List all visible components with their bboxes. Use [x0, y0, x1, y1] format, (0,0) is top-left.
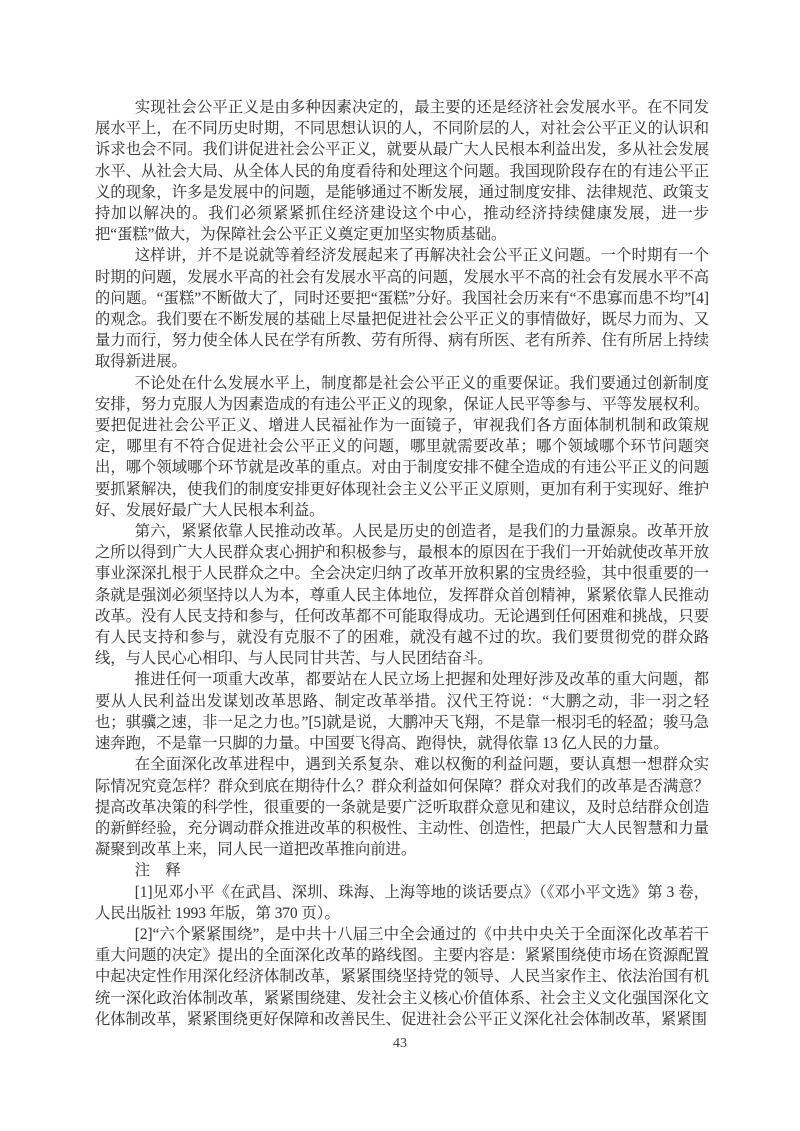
paragraph: 这样讲，并不是说就等着经济发展起来了再解决社会公平正义问题。一个时期有一个时期的… [95, 245, 709, 372]
document-page: 实现社会公平正义是由多种因素决定的，最主要的还是经济社会发展水平。在不同发展水平… [0, 0, 800, 1131]
note-item: [2]“六个紧紧围绕”，是中共十八届三中全会通过的《中共中央关于全面深化改革若干… [95, 924, 709, 1030]
paragraph: 不论处在什么发展水平上，制度都是社会公平正义的重要保证。我们要通过创新制度安排，… [95, 373, 709, 521]
paragraph: 实现社会公平正义是由多种因素决定的，最主要的还是经济社会发展水平。在不同发展水平… [95, 97, 709, 245]
page-number: 43 [0, 1036, 800, 1052]
body-text: 实现社会公平正义是由多种因素决定的，最主要的还是经济社会发展水平。在不同发展水平… [95, 97, 709, 1030]
notes-heading: 注 释 [95, 860, 709, 881]
paragraph: 推进任何一项重大改革，都要站在人民立场上把握和处理好涉及改革的重大问题，都要从人… [95, 669, 709, 754]
paragraph: 在全面深化改革进程中，遇到关系复杂、难以权衡的利益问题，要认真想一想群众实际情况… [95, 754, 709, 860]
note-item: [1]见邓小平《在武昌、深圳、珠海、上海等地的谈话要点》（《邓小平文选》第 3 … [95, 882, 709, 924]
paragraph: 第六，紧紧依靠人民推动改革。人民是历史的创造者，是我们的力量源泉。改革开放之所以… [95, 521, 709, 669]
